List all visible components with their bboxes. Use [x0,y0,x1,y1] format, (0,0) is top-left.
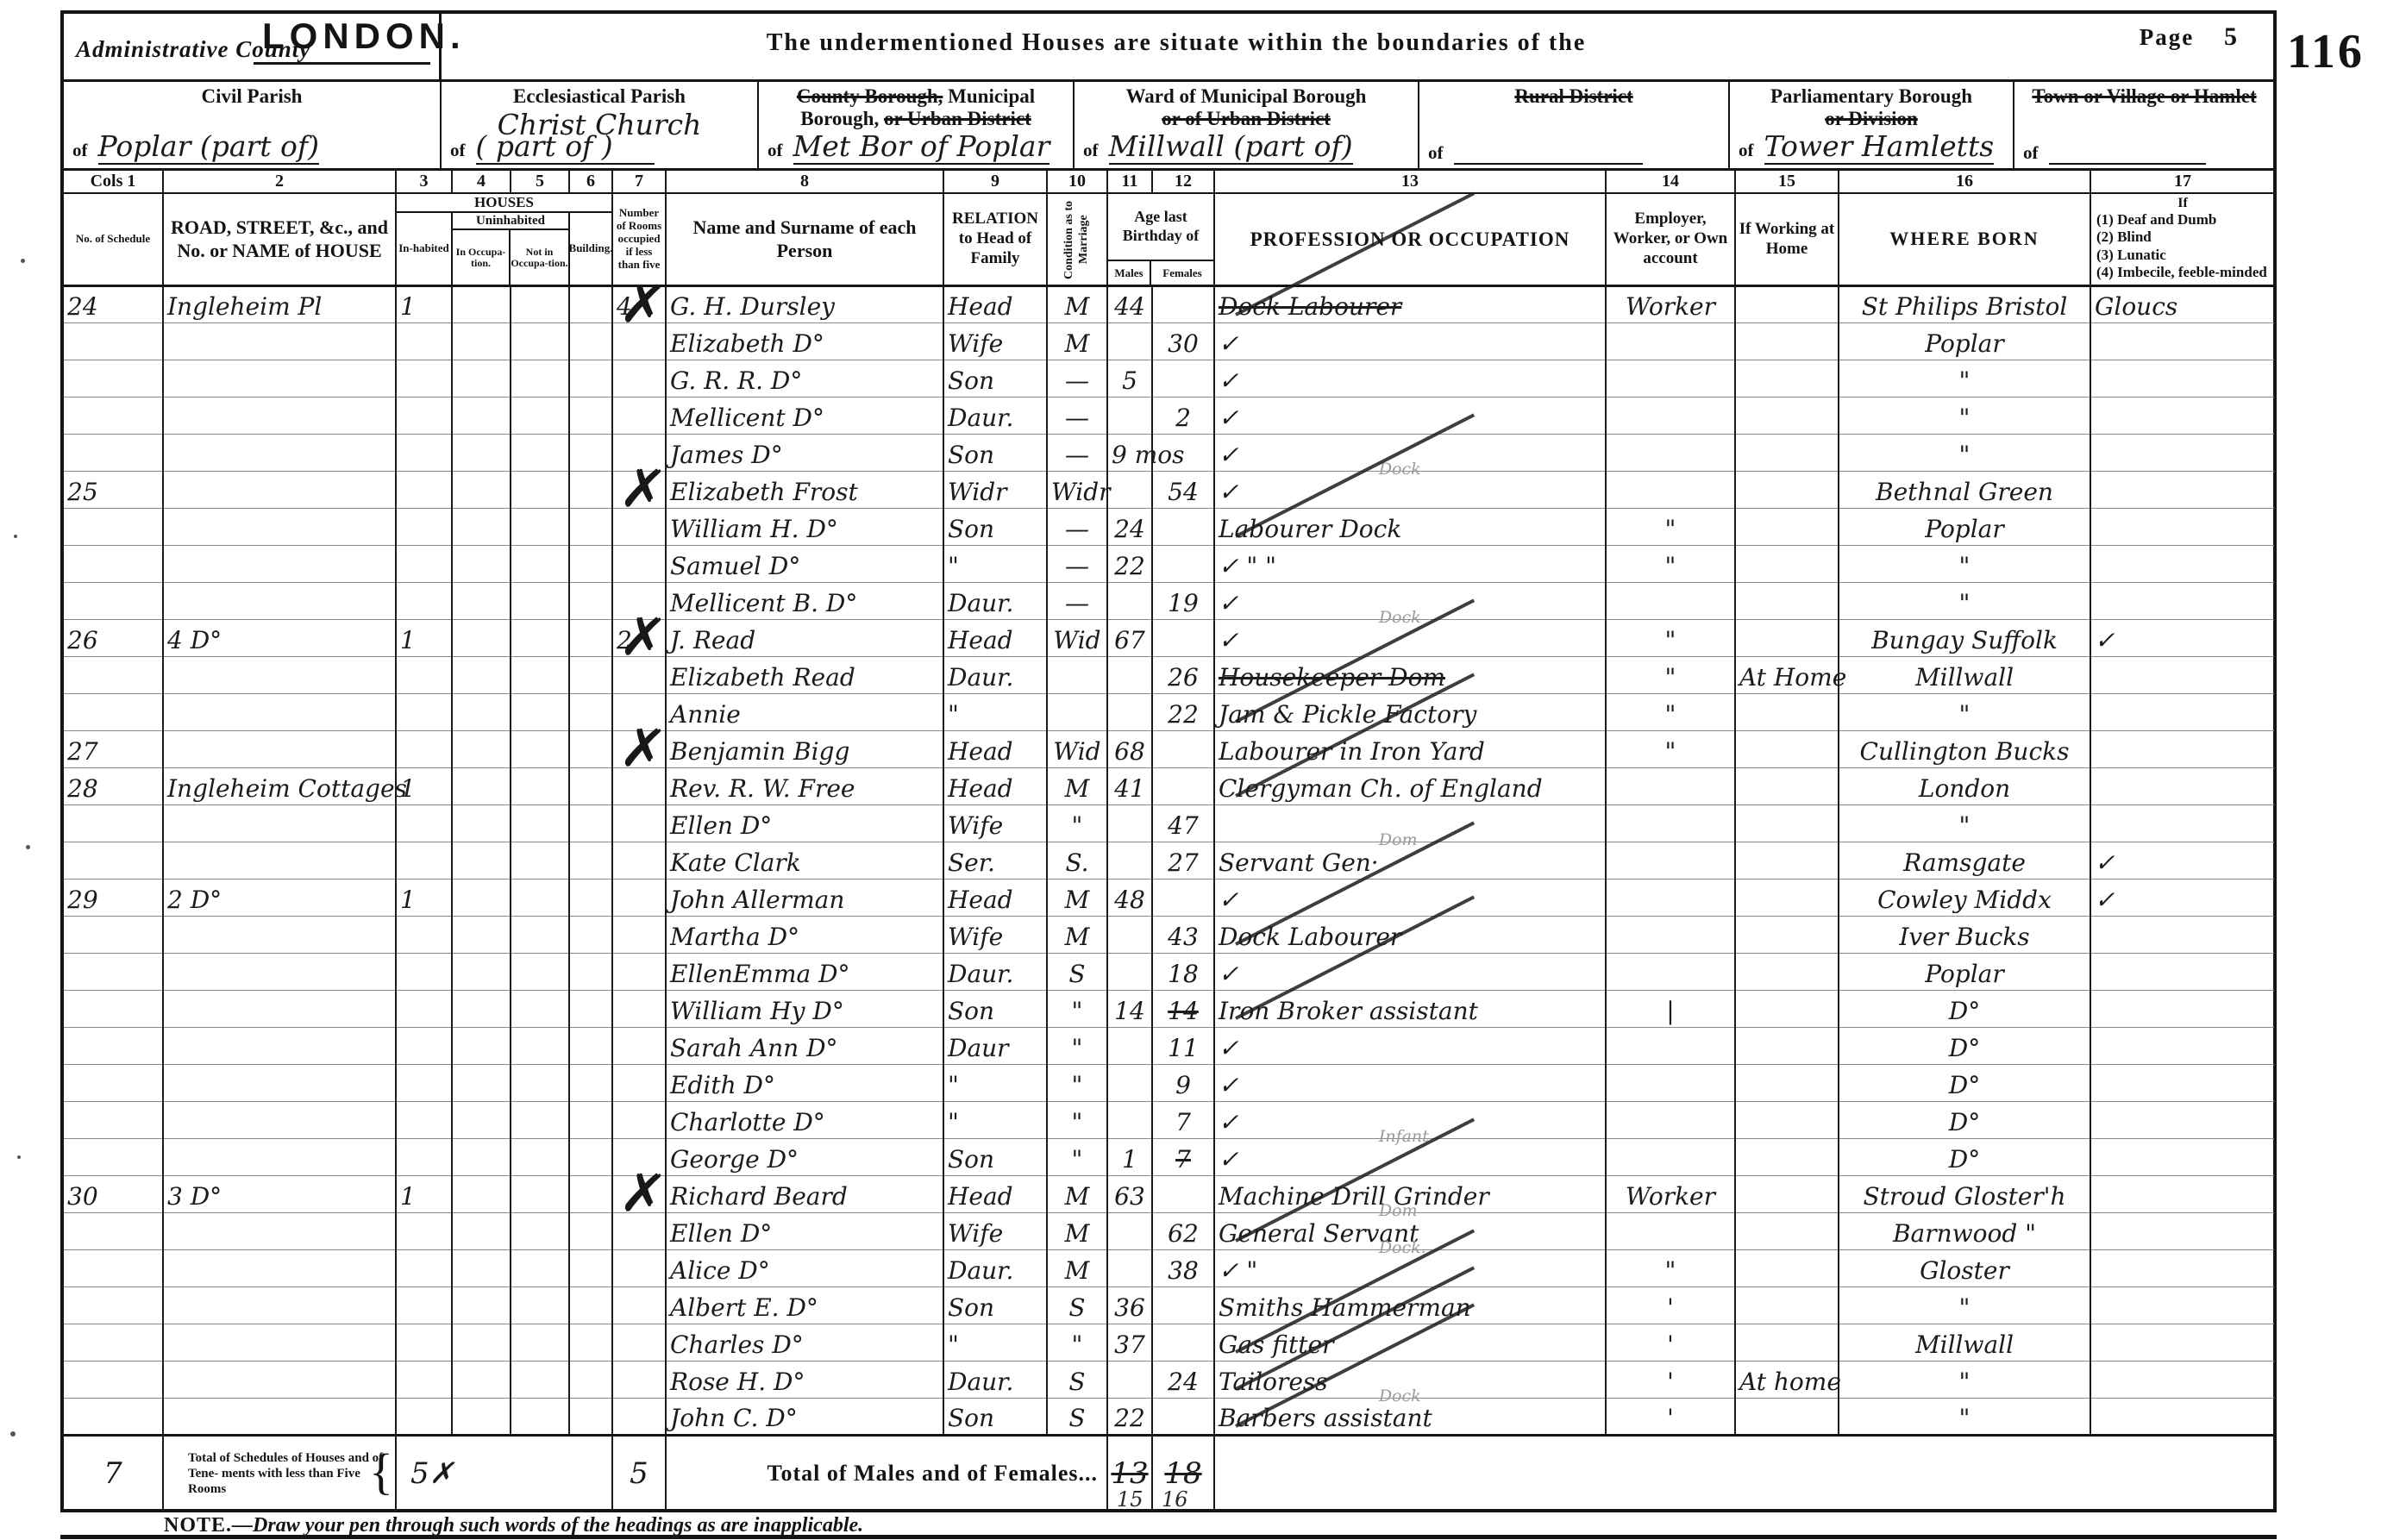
cell-at-home [1735,1213,1839,1250]
header-building: Building. [570,213,611,285]
cell-building [569,472,612,509]
cell-road [163,323,396,360]
cell-relation: Son [943,360,1047,398]
cell-building [569,1065,612,1102]
ward-value: of Millwall (part of) [1075,129,1418,165]
cell-at-home [1735,1028,1839,1065]
profession-text: Dock Labourer [1219,923,1401,951]
cell-condition [1047,694,1107,731]
cell-at-home [1735,323,1839,360]
cell-at-home [1735,954,1839,991]
cell-building [569,1287,612,1324]
cell-name: Rev. R. W. Free [666,768,943,805]
col-num: 14 [1606,171,1735,193]
cell-profession: Infant✓ [1214,1139,1606,1176]
label-text: Borough, [800,108,879,129]
cell-employer: ' [1606,1362,1735,1399]
header-road: ROAD, STREET, &c., and No. or NAME of HO… [163,193,396,286]
table-row: Martha D°WifeM43Dock LabourerIver Bucks [64,917,2274,954]
profession-text: ✓ [1219,1071,1238,1099]
cell-schedule: 24 [64,286,163,323]
cell-relation: " [943,694,1047,731]
cell-condition: M [1047,880,1107,917]
cell-schedule [64,360,163,398]
cell-rooms [612,917,666,954]
cell-building [569,1362,612,1399]
cell-uninhabited-not [511,880,569,917]
cell-profession: Dock✓ [1214,472,1606,509]
header-name: Name and Surname of each Person [666,193,943,286]
cell-road: Ingleheim Pl [163,286,396,323]
cell-uninhabited-not [511,991,569,1028]
cell-relation: Head [943,286,1047,323]
cell-condition: " [1047,1102,1107,1139]
faint-annotation: Dock. [1379,1238,1426,1257]
of-word: of [2023,142,2039,163]
cell-inhabited [396,1362,452,1399]
col-num: 5 [511,171,569,193]
cell-building [569,657,612,694]
cell-age-female: 47 [1152,805,1214,842]
cell-employer: " [1606,694,1735,731]
cell-uninhabited-occupied [452,1176,511,1213]
cell-infirmity [2090,398,2274,435]
cell-age-male [1107,583,1152,620]
of-word: of [450,140,466,160]
cell-uninhabited-not [511,398,569,435]
cell-uninhabited-occupied [452,991,511,1028]
cell-age-female [1152,1324,1214,1362]
cell-uninhabited-occupied [452,472,511,509]
cell-uninhabited-not [511,1250,569,1287]
table-row: Alice D°Daur.M38Dock.✓ ""Gloster [64,1250,2274,1287]
cell-employer: Worker [1606,286,1735,323]
cell-infirmity [2090,731,2274,768]
cell-road [163,805,396,842]
cell-condition: " [1047,805,1107,842]
town-village-value: of [2014,142,2274,165]
cell-age-female [1152,546,1214,583]
cell-schedule [64,583,163,620]
cell-building [569,1250,612,1287]
cell-condition: — [1047,360,1107,398]
cell-schedule [64,1139,163,1176]
cell-uninhabited-occupied [452,768,511,805]
cell-schedule [64,1399,163,1436]
faint-annotation: Dom [1379,1201,1418,1220]
cell-age-female [1152,360,1214,398]
cell-inhabited [396,583,452,620]
cell-schedule: 27 [64,731,163,768]
cell-condition: M [1047,1250,1107,1287]
faint-annotation: Dock [1379,460,1421,479]
cell-schedule [64,657,163,694]
cell-schedule: 25 [64,472,163,509]
cell-at-home [1735,583,1839,620]
cell-age-female: 38 [1152,1250,1214,1287]
cell-age-female [1152,1399,1214,1436]
profession-text: ✓ [1219,626,1238,654]
cell-schedule [64,546,163,583]
cell-infirmity [2090,435,2274,472]
table-row: Kate ClarkSer.S.27DomServant Gen·Ramsgat… [64,842,2274,880]
cell-name: EllenEmma D° [666,954,943,991]
cell-inhabited: 1 [396,286,452,323]
situate-statement: The undermentioned Houses are situate wi… [504,29,1849,57]
cell-age-male: 68 [1107,731,1152,768]
table-row: George D°Son"17Infant✓D° [64,1139,2274,1176]
cell-where-born: London [1839,768,2090,805]
faint-annotation: Dom [1379,830,1418,849]
census-form: Administrative County LONDON. The underm… [60,10,2277,1512]
cell-condition: S [1047,1399,1107,1436]
faint-annotation: Infant [1379,1127,1429,1146]
cell-uninhabited-not [511,1065,569,1102]
cell-condition: S [1047,1362,1107,1399]
table-row: Ellen D°Wife"47" [64,805,2274,842]
cell-at-home [1735,360,1839,398]
cell-at-home [1735,286,1839,323]
cell-at-home [1735,398,1839,435]
cell-name: Elizabeth Read [666,657,943,694]
cell-uninhabited-occupied [452,509,511,546]
col-num: 13 [1214,171,1606,193]
cell-relation: Head [943,620,1047,657]
table-row: Charles D°""37Gas fitter'Millwall [64,1324,2274,1362]
profession-text: ✓ " [1219,1256,1257,1285]
cell-profession: DomServant Gen· [1214,842,1606,880]
table-row: Albert E. D°SonS36Smiths Hammerman'" [64,1287,2274,1324]
table-row: Annie"22Jam & Pickle Factory"" [64,694,2274,731]
cell-inhabited [396,805,452,842]
cell-road [163,917,396,954]
cell-rooms [612,880,666,917]
col-num: 6 [569,171,612,193]
table-row: 303 D°1✗Richard BeardHeadM63Machine Dril… [64,1176,2274,1213]
cell-condition: " [1047,1028,1107,1065]
cell-profession: ✓ [1214,1028,1606,1065]
table-row: Ellen D°WifeM62DomGeneral ServantBarnwoo… [64,1213,2274,1250]
cell-uninhabited-occupied [452,1139,511,1176]
cell-road [163,1213,396,1250]
cell-employer: " [1606,1250,1735,1287]
cell-road [163,991,396,1028]
cell-employer [1606,398,1735,435]
cell-at-home [1735,1176,1839,1213]
cell-where-born: Poplar [1839,323,2090,360]
civil-parish-label: Civil Parish [64,85,440,108]
totals-empty [1214,1436,2274,1512]
cell-condition: M [1047,286,1107,323]
cell-where-born: " [1839,583,2090,620]
cell-rooms [612,991,666,1028]
cell-where-born: Bungay Suffolk [1839,620,2090,657]
municipal-borough-value: of Met Bor of Poplar [759,129,1073,165]
cell-at-home [1735,880,1839,917]
cell-inhabited [396,694,452,731]
cell-where-born: " [1839,360,2090,398]
cell-relation: " [943,546,1047,583]
cell-uninhabited-not [511,768,569,805]
cell-profession: Gas fitter [1214,1324,1606,1362]
cell-uninhabited-occupied [452,1287,511,1324]
cell-building [569,286,612,323]
profession-text: ✓ [1219,1108,1238,1136]
cell-age-female: 54 [1152,472,1214,509]
scan-speckle [10,1431,16,1437]
cell-infirmity [2090,360,2274,398]
cell-building [569,805,612,842]
cell-age-male: 9 mos [1107,435,1152,472]
cell-age-male [1107,1213,1152,1250]
cell-age-male: 22 [1107,546,1152,583]
header-males: Males [1108,261,1151,285]
cell-employer [1606,583,1735,620]
cell-where-born: D° [1839,1065,2090,1102]
cell-uninhabited-occupied [452,805,511,842]
civil-parish-handwriting: Poplar (part of) [98,129,320,165]
cell-employer [1606,1213,1735,1250]
cell-uninhabited-not [511,1324,569,1362]
table-row: Rose H. D°Daur.S24Tailoress'At home" [64,1362,2274,1399]
cell-employer: " [1606,731,1735,768]
col-num: 2 [163,171,396,193]
cell-where-born: Gloster [1839,1250,2090,1287]
town-village-label: Town or Village or Hamlet [2032,85,2256,107]
cell-uninhabited-occupied [452,880,511,917]
profession-text: ✓ [1219,886,1238,914]
cell-infirmity [2090,1028,2274,1065]
cell-uninhabited-not [511,1287,569,1324]
profession-text: Dock Labourer [1219,292,1401,321]
table-row: Mellicent D°Daur.—2✓" [64,398,2274,435]
cell-relation: Daur. [943,398,1047,435]
cell-condition: M [1047,1213,1107,1250]
table-row: 292 D°1John AllermanHeadM48✓Cowley Middx… [64,880,2274,917]
cell-name: Elizabeth D° [666,323,943,360]
cell-uninhabited-not [511,1028,569,1065]
table-row: Elizabeth ReadDaur.26Housekeeper Dom"At … [64,657,2274,694]
total-schedules-label: Total of Schedules of Houses and of Tene… [163,1436,396,1512]
cell-condition: — [1047,435,1107,472]
struck-text: County Borough, [797,85,943,107]
cell-condition: S [1047,954,1107,991]
cell-uninhabited-not [511,1102,569,1139]
cell-condition: M [1047,917,1107,954]
cell-uninhabited-occupied [452,1028,511,1065]
cell-age-male [1107,1065,1152,1102]
age-title: Age last Birthday of [1108,194,1213,261]
cell-name: Alice D° [666,1250,943,1287]
cell-rooms: 2✗ [612,620,666,657]
cell-profession: Smiths Hammerman [1214,1287,1606,1324]
cell-where-born: " [1839,435,2090,472]
cell-rooms [612,1139,666,1176]
cell-road [163,731,396,768]
cell-age-male [1107,1102,1152,1139]
header-where-born: WHERE BORN [1839,193,2090,286]
houses-title: HOUSES [397,194,611,213]
cell-where-born: Ramsgate [1839,842,2090,880]
cell-name: Rose H. D° [666,1362,943,1399]
cell-uninhabited-occupied [452,583,511,620]
cell-relation: Son [943,435,1047,472]
scan-speckle [14,535,17,538]
cell-uninhabited-occupied [452,546,511,583]
cell-schedule [64,991,163,1028]
cell-inhabited [396,1324,452,1362]
cell-age-male [1107,1250,1152,1287]
cell-road [163,842,396,880]
cell-rooms [612,1287,666,1324]
cell-age-female [1152,768,1214,805]
cell-age-female: 26 [1152,657,1214,694]
cell-road [163,694,396,731]
cell-name: Annie [666,694,943,731]
col-num: 3 [396,171,452,193]
cell-uninhabited-not [511,583,569,620]
cell-age-male: 41 [1107,768,1152,805]
cell-infirmity [2090,1139,2274,1176]
cell-rooms [612,694,666,731]
cell-condition: S [1047,1287,1107,1324]
cell-road [163,657,396,694]
cell-rooms [612,583,666,620]
cell-infirmity [2090,1176,2274,1213]
cell-relation: Head [943,768,1047,805]
administrative-county-value: LONDON. [262,16,466,57]
cell-employer [1606,1102,1735,1139]
cell-age-female: 62 [1152,1213,1214,1250]
cell-profession: ✓ [1214,1065,1606,1102]
cell-profession: ✓ [1214,398,1606,435]
profession-text: Labourer Dock [1219,515,1401,543]
profession-text: Machine Drill Grinder [1219,1182,1489,1211]
rural-district-box: Rural District of [1419,82,1730,168]
cell-inhabited [396,1250,452,1287]
cell-schedule [64,1213,163,1250]
total-schedules-value: 7 [64,1436,163,1512]
cell-uninhabited-not [511,731,569,768]
cell-relation: Son [943,1399,1047,1436]
parliamentary-borough-box: Parliamentary Borough or Division of Tow… [1730,82,2014,168]
parliamentary-borough-value: of Tower Hamletts [1730,129,2013,165]
cell-road: 4 D° [163,620,396,657]
label-text: Total of Schedules of Houses and of Tene… [188,1451,383,1496]
cell-building [569,842,612,880]
table-row: William H. D°Son—24Labourer Dock"Poplar [64,509,2274,546]
cell-where-born: St Philips Bristol [1839,286,2090,323]
note-text: —Draw your pen through such words of the… [232,1514,863,1537]
cell-name: Sarah Ann D° [666,1028,943,1065]
cell-building [569,1213,612,1250]
cell-schedule [64,509,163,546]
cell-schedule [64,805,163,842]
cell-inhabited [396,842,452,880]
cell-employer: " [1606,509,1735,546]
table-header: Cols 1 2 3 4 5 6 7 8 9 10 11 12 13 14 15… [64,171,2274,286]
cell-condition: S. [1047,842,1107,880]
cell-uninhabited-not [511,1176,569,1213]
profession-text: ✓ [1219,1145,1238,1174]
cell-uninhabited-occupied [452,694,511,731]
table-row: Samuel D°"—22✓ " """ [64,546,2274,583]
cell-schedule [64,1028,163,1065]
cell-rooms [612,768,666,805]
cell-schedule [64,1287,163,1324]
cell-where-born: " [1839,1287,2090,1324]
totals-row: 7 Total of Schedules of Houses and of Te… [64,1436,2274,1512]
cell-age-male [1107,1362,1152,1399]
cell-infirmity [2090,546,2274,583]
administrative-county-box: Administrative County LONDON. [64,14,442,79]
cell-at-home [1735,546,1839,583]
ward-label: Ward of Municipal Borough or of Urban Di… [1075,85,1418,131]
cell-building [569,323,612,360]
table-row: Elizabeth D°WifeM30✓Poplar [64,323,2274,360]
struck-total: 18 [1164,1456,1201,1491]
cell-uninhabited-occupied [452,731,511,768]
ecclesiastical-parish-value: of ( part of ) [442,129,757,165]
cell-schedule: 26 [64,620,163,657]
cell-condition: — [1047,509,1107,546]
cell-uninhabited-occupied [452,954,511,991]
cell-inhabited: 1 [396,1176,452,1213]
cell-condition: Widr [1047,472,1107,509]
profession-text: Smiths Hammerman [1219,1293,1471,1322]
cell-condition: M [1047,768,1107,805]
cell-at-home [1735,1065,1839,1102]
cell-schedule [64,1324,163,1362]
cell-where-born: D° [1839,991,2090,1028]
cell-relation: Wife [943,805,1047,842]
cell-infirmity [2090,1102,2274,1139]
cell-road [163,1324,396,1362]
ecclesiastical-parish-box: Ecclesiastical Parish Christ Church of (… [442,82,759,168]
cell-age-male [1107,472,1152,509]
cell-inhabited [396,657,452,694]
infirmity-item: (3) Lunatic [2096,247,2269,264]
cell-inhabited [396,1139,452,1176]
cell-condition: " [1047,1139,1107,1176]
cell-uninhabited-not [511,842,569,880]
cell-uninhabited-not [511,620,569,657]
cell-relation: Wife [943,917,1047,954]
col-num: 10 [1047,171,1107,193]
cell-building [569,509,612,546]
cell-employer [1606,954,1735,991]
cell-where-born: Millwall [1839,657,2090,694]
cell-rooms [612,323,666,360]
cell-age-male [1107,657,1152,694]
cell-infirmity [2090,917,2274,954]
of-word: of [72,140,88,160]
column-number-row: Cols 1 2 3 4 5 6 7 8 9 10 11 12 13 14 15… [64,171,2274,193]
cell-infirmity [2090,657,2274,694]
cell-uninhabited-occupied [452,1362,511,1399]
cell-road [163,583,396,620]
cell-condition: Wid [1047,731,1107,768]
cell-profession: ✓ [1214,323,1606,360]
cell-relation: Daur [943,1028,1047,1065]
cell-inhabited [396,991,452,1028]
of-word: of [1739,140,1754,160]
cell-road [163,472,396,509]
header-working-at-home: If Working at Home [1735,193,1839,286]
cell-rooms [612,509,666,546]
cell-age-male: 14 [1107,991,1152,1028]
cell-uninhabited-not [511,694,569,731]
